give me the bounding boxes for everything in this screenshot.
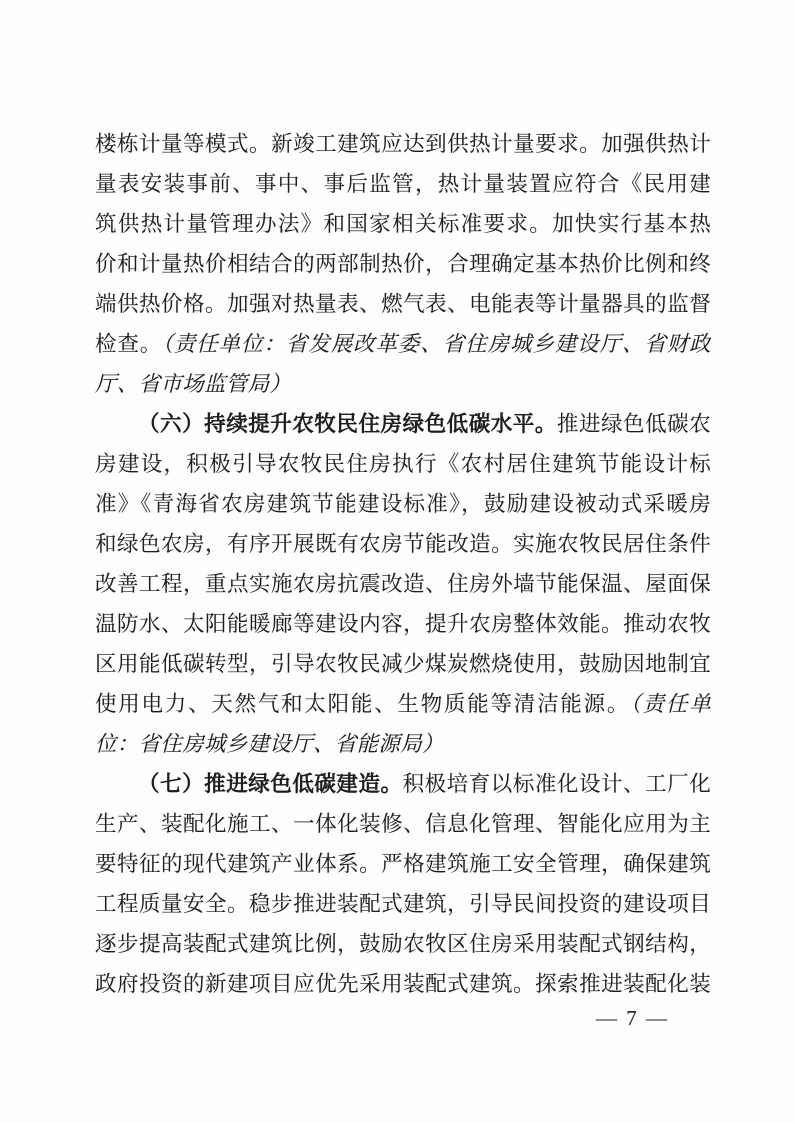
text-segment-normal: 价和计量热价相结合的两部制热价，合理确定基本热价比例和终 [95,252,711,276]
text-line: 使用电力、天然气和太阳能、生物质能等清洁能源。（责任单 [95,684,711,724]
document-page: 楼栋计量等模式。新竣工建筑应达到供热计量要求。加强供热计量表安装事前、事中、事后… [0,0,794,1123]
text-segment-normal: 端供热价格。加强对热量表、燃气表、电能表等计量器具的监督 [95,292,711,316]
document-body: 楼栋计量等模式。新竣工建筑应达到供热计量要求。加强供热计量表安装事前、事中、事后… [95,124,711,1004]
text-segment-normal: 生产、装配化施工、一体化装修、信息化管理、智能化应用为主 [95,812,711,836]
page-number: — 7 — [95,1002,711,1034]
text-line: 量表安装事前、事中、事后监管，热计量装置应符合《民用建 [95,164,711,204]
text-line: 区用能低碳转型，引导农牧民减少煤炭燃烧使用，鼓励因地制宜 [95,644,711,684]
text-line: 政府投资的新建项目应优先采用装配式建筑。探索推进装配化装 [95,964,711,1004]
text-segment-normal: 逐步提高装配式建筑比例，鼓励农牧区住房采用装配式钢结构， [95,932,711,956]
text-line: 端供热价格。加强对热量表、燃气表、电能表等计量器具的监督 [95,284,711,324]
text-line: 和绿色农房，有序开展既有农房节能改造。实施农牧民居住条件 [95,524,711,564]
text-segment-normal: 温防水、太阳能暖廊等建设内容，提升农房整体效能。推动农牧 [95,612,711,636]
text-line: 筑供热计量管理办法》和国家相关标准要求。加快实行基本热 [95,204,711,244]
text-segment-normal: 工程质量安全。稳步推进装配式建筑，引导民间投资的建设项目 [95,892,711,916]
text-line: 生产、装配化施工、一体化装修、信息化管理、智能化应用为主 [95,804,711,844]
text-line: 工程质量安全。稳步推进装配式建筑，引导民间投资的建设项目 [95,884,711,924]
text-segment-kai: 位：省住房城乡建设厅、省能源局） [95,732,444,756]
text-line: 房建设，积极引导农牧民住房执行《农村居住建筑节能设计标 [95,444,711,484]
text-segment-normal: 积极培育以标准化设计、工厂化 [403,772,711,796]
text-segment-normal: 政府投资的新建项目应优先采用装配式建筑。探索推进装配化装 [95,972,711,996]
text-line: 楼栋计量等模式。新竣工建筑应达到供热计量要求。加强供热计 [95,124,711,164]
text-segment-normal: 楼栋计量等模式。新竣工建筑应达到供热计量要求。加强供热计 [95,132,711,156]
text-segment-normal: 准》《青海省农房建筑节能建设标准》，鼓励建设被动式采暖房 [95,492,711,516]
text-segment-normal: 要特征的现代建筑产业体系。严格建筑施工安全管理，确保建筑 [95,852,711,876]
text-line: 价和计量热价相结合的两部制热价，合理确定基本热价比例和终 [95,244,711,284]
text-segment-normal: 房建设，积极引导农牧民住房执行《农村居住建筑节能设计标 [95,452,711,476]
text-line: 温防水、太阳能暖廊等建设内容，提升农房整体效能。推动农牧 [95,604,711,644]
text-segment-normal: 推进绿色低碳农 [557,412,711,436]
text-segment-normal: 改善工程，重点实施农房抗震改造、住房外墙节能保温、屋面保 [95,572,711,596]
text-segment-bold: （七）推进绿色低碳建造。 [138,772,403,796]
text-segment-normal: 区用能低碳转型，引导农牧民减少煤炭燃烧使用，鼓励因地制宜 [95,652,711,676]
text-segment-normal: 检查。 [95,332,162,356]
text-segment-kai: （责任单位：省发展改革委、省住房城乡建设厅、省财政 [162,332,711,356]
text-segment-normal: 量表安装事前、事中、事后监管，热计量装置应符合《民用建 [95,172,711,196]
para-section-seven: （七）推进绿色低碳建造。积极培育以标准化设计、工厂化生产、装配化施工、一体化装修… [95,764,711,1004]
text-line: 改善工程，重点实施农房抗震改造、住房外墙节能保温、屋面保 [95,564,711,604]
text-line: 厅、省市场监管局） [95,364,711,404]
text-line: 逐步提高装配式建筑比例，鼓励农牧区住房采用装配式钢结构， [95,924,711,964]
text-line: 准》《青海省农房建筑节能建设标准》，鼓励建设被动式采暖房 [95,484,711,524]
text-line: （七）推进绿色低碳建造。积极培育以标准化设计、工厂化 [95,764,711,804]
para-heating-metering-continuation: 楼栋计量等模式。新竣工建筑应达到供热计量要求。加强供热计量表安装事前、事中、事后… [95,124,711,404]
text-line: 位：省住房城乡建设厅、省能源局） [95,724,711,764]
text-segment-normal: 使用电力、天然气和太阳能、生物质能等清洁能源。 [95,692,630,716]
text-line: （六）持续提升农牧民住房绿色低碳水平。推进绿色低碳农 [95,404,711,444]
text-segment-normal: 筑供热计量管理办法》和国家相关标准要求。加快实行基本热 [95,212,711,236]
text-segment-kai: （责任单 [630,692,711,716]
text-line: 要特征的现代建筑产业体系。严格建筑施工安全管理，确保建筑 [95,844,711,884]
text-segment-normal: 和绿色农房，有序开展既有农房节能改造。实施农牧民居住条件 [95,532,711,556]
text-segment-bold: （六）持续提升农牧民住房绿色低碳水平。 [138,412,557,436]
text-segment-kai: 厅、省市场监管局） [95,372,291,396]
para-section-six: （六）持续提升农牧民住房绿色低碳水平。推进绿色低碳农房建设，积极引导农牧民住房执… [95,404,711,764]
text-line: 检查。（责任单位：省发展改革委、省住房城乡建设厅、省财政 [95,324,711,364]
